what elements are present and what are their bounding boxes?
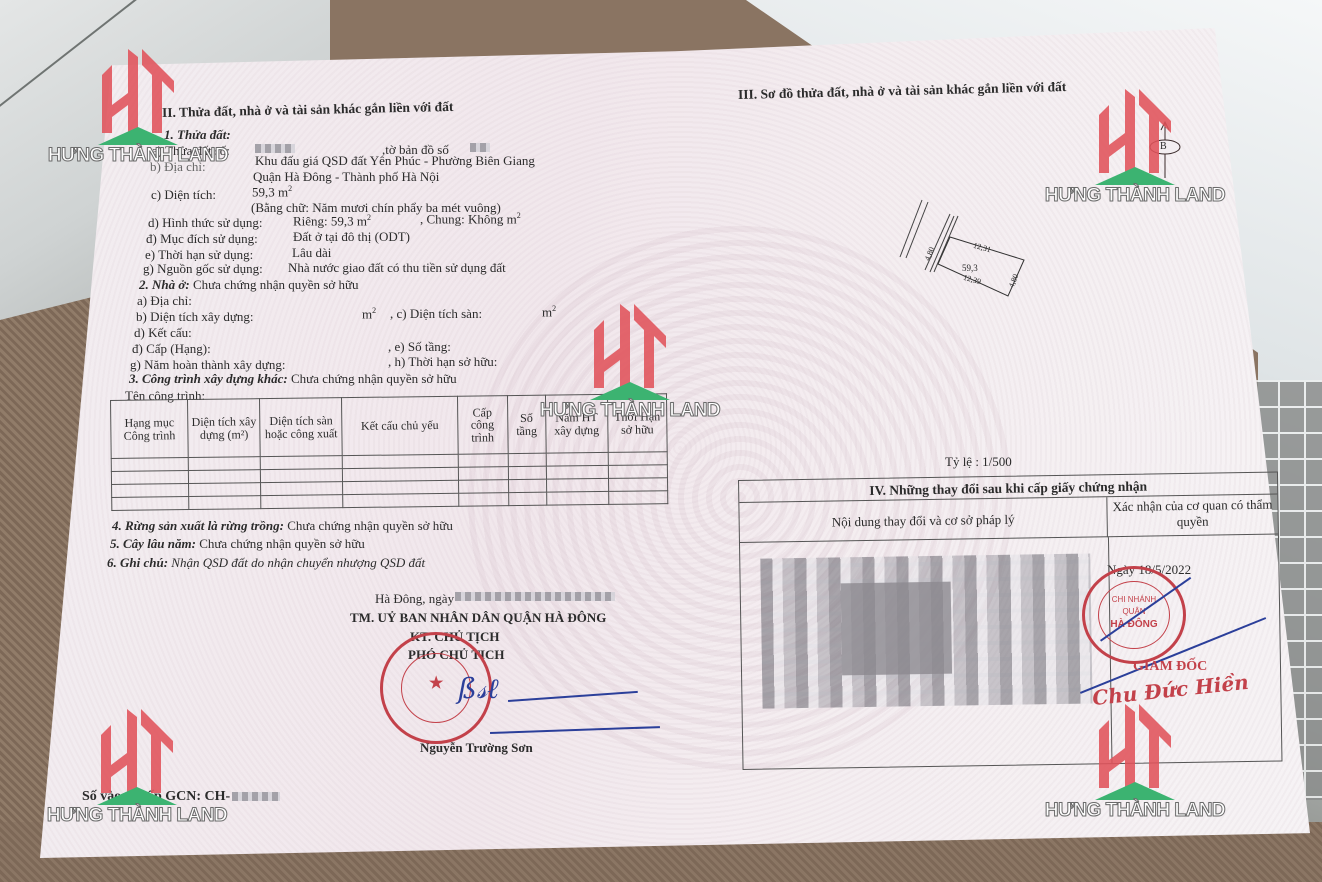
brand-watermark: HƯNG THÀNH LAND	[1035, 700, 1235, 850]
purpose-value: Đất ở tại đô thị (ODT)	[293, 230, 410, 243]
table-cell	[608, 491, 667, 505]
brand-logo-icon	[98, 45, 178, 145]
house-address-label: a) Địa chỉ:	[137, 294, 192, 307]
issuer-authority: TM. UỶ BAN NHÂN DÂN QUẬN HÀ ĐÔNG	[350, 611, 606, 624]
table-cell	[111, 471, 188, 485]
table-cell	[458, 480, 508, 494]
table-cell	[260, 456, 342, 470]
brand-logo-icon	[97, 705, 177, 805]
forest-line: 4. Rừng sản xuất là rừng trồng: Chưa chứ…	[112, 519, 453, 532]
table-cell	[608, 478, 667, 492]
col-header: Kết cấu chủ yếu	[342, 396, 458, 455]
table-cell	[261, 495, 343, 509]
origin-label: g) Nguồn gốc sử dụng:	[143, 262, 263, 275]
table-cell	[261, 482, 343, 496]
table-cell	[508, 466, 546, 479]
area-value: 59,3 m2	[252, 185, 292, 198]
house-ownership-term-label: , h) Thời hạn sở hữu:	[388, 355, 497, 368]
map-scale: Tỷ lệ : 1/500	[945, 455, 1012, 468]
col-change-content: Nội dung thay đổi và cơ sở pháp lý	[739, 497, 1108, 543]
house-heading: 2. Nhà ở: Chưa chứng nhận quyền sở hữu	[139, 278, 359, 291]
redacted-issue-date	[455, 592, 615, 601]
table-cell	[458, 467, 508, 481]
table-cell	[546, 465, 608, 479]
note-line: 6. Ghi chú: Nhận QSD đất do nhận chuyển …	[107, 556, 425, 569]
table-cell	[189, 496, 261, 510]
col-header: Hạng mục Công trình	[111, 400, 189, 459]
use-form-private: Riêng: 59,3 m2	[293, 214, 371, 227]
house-build-area-label: b) Diện tích xây dựng:	[136, 310, 254, 323]
perennial-line: 5. Cây lâu năm: Chưa chứng nhận quyền sở…	[110, 537, 365, 550]
table-cell	[343, 493, 458, 507]
star-icon: ★	[429, 673, 443, 693]
table-cell	[546, 452, 608, 466]
stamp-line-3: HÀ ĐÔNG	[1085, 619, 1183, 630]
table-cell	[546, 478, 608, 492]
director-title: GIÁM ĐỐC	[1133, 660, 1207, 674]
table-cell	[508, 479, 546, 492]
table-cell	[508, 492, 546, 505]
address-line-1: Khu đấu giá QSD đất Yên Phúc - Phường Bi…	[255, 154, 535, 167]
col-header: Diện tích sàn hoặc công xuất	[260, 398, 343, 457]
brand-watermark-text: HƯNG THÀNH LAND	[530, 400, 730, 422]
table-cell	[508, 453, 546, 466]
table-cell	[261, 469, 343, 483]
table-cell	[188, 470, 260, 484]
col-header: Cấp công trình	[457, 396, 508, 455]
brand-logo-icon	[590, 300, 670, 400]
plot-area: 59,3	[962, 264, 978, 273]
table-cell	[112, 497, 189, 511]
signer-name: Nguyễn Trường Sơn	[420, 741, 533, 754]
table-cell	[458, 454, 508, 468]
table-cell	[608, 465, 667, 479]
table-cell	[112, 484, 189, 498]
term-value: Lâu dài	[292, 246, 331, 259]
house-build-area-unit: m2	[362, 307, 376, 320]
purpose-label: đ) Mục đích sử dụng:	[146, 232, 258, 245]
brand-logo-icon	[1095, 700, 1175, 800]
vice-chair-signature: ß𝓈ℓ	[458, 672, 499, 706]
table-cell	[189, 483, 261, 497]
col-header: Diện tích xây dựng (m²)	[188, 399, 261, 458]
house-grade-label: đ) Cấp (Hạng):	[132, 342, 211, 355]
redacted-parcel-number	[255, 144, 295, 153]
house-floor-area-label: , c) Diện tích sàn:	[390, 307, 482, 320]
address-line-2: Quận Hà Đông - Thành phố Hà Nội	[253, 170, 439, 183]
brand-watermark: HƯNG THÀNH LAND	[530, 300, 730, 450]
brand-watermark: HƯNG THÀNH LAND	[37, 705, 237, 855]
stamp-line-1: CHI NHÁNH	[1085, 595, 1183, 604]
col-authority-confirmation: Xác nhận của cơ quan có thẩm quyền	[1107, 495, 1278, 538]
brand-watermark-text: HƯNG THÀNH LAND	[1035, 800, 1235, 822]
use-form-shared: , Chung: Không m2	[420, 212, 521, 225]
house-floors-label: , e) Số tầng:	[388, 340, 451, 353]
table-cell	[188, 457, 260, 471]
house-year-built-label: g) Năm hoàn thành xây dựng:	[130, 358, 285, 371]
brand-watermark: HƯNG THÀNH LAND	[1035, 85, 1235, 235]
brand-watermark-text: HƯNG THÀNH LAND	[37, 805, 237, 827]
house-structure-label: d) Kết cấu:	[134, 326, 192, 339]
brand-watermark-text: HƯNG THÀNH LAND	[1035, 185, 1235, 207]
brand-logo-icon	[1095, 85, 1175, 185]
redacted-block	[841, 582, 952, 676]
other-works-heading: 3. Công trình xây dựng khác: Chưa chứng …	[129, 372, 457, 385]
table-cell	[111, 458, 188, 472]
use-form-label: d) Hình thức sử dụng:	[148, 216, 262, 229]
place-date-label: Hà Đông, ngày	[375, 592, 454, 605]
table-cell	[458, 493, 508, 507]
brand-watermark: HƯNG THÀNH LAND	[38, 45, 238, 195]
brand-watermark-text: HƯNG THÀNH LAND	[38, 145, 238, 167]
table-cell	[608, 452, 667, 466]
table-cell	[546, 491, 608, 505]
term-label: e) Thời hạn sử dụng:	[145, 248, 253, 261]
redacted-map-sheet	[470, 143, 490, 152]
origin-value: Nhà nước giao đất có thu tiền sử dụng đấ…	[288, 261, 506, 274]
